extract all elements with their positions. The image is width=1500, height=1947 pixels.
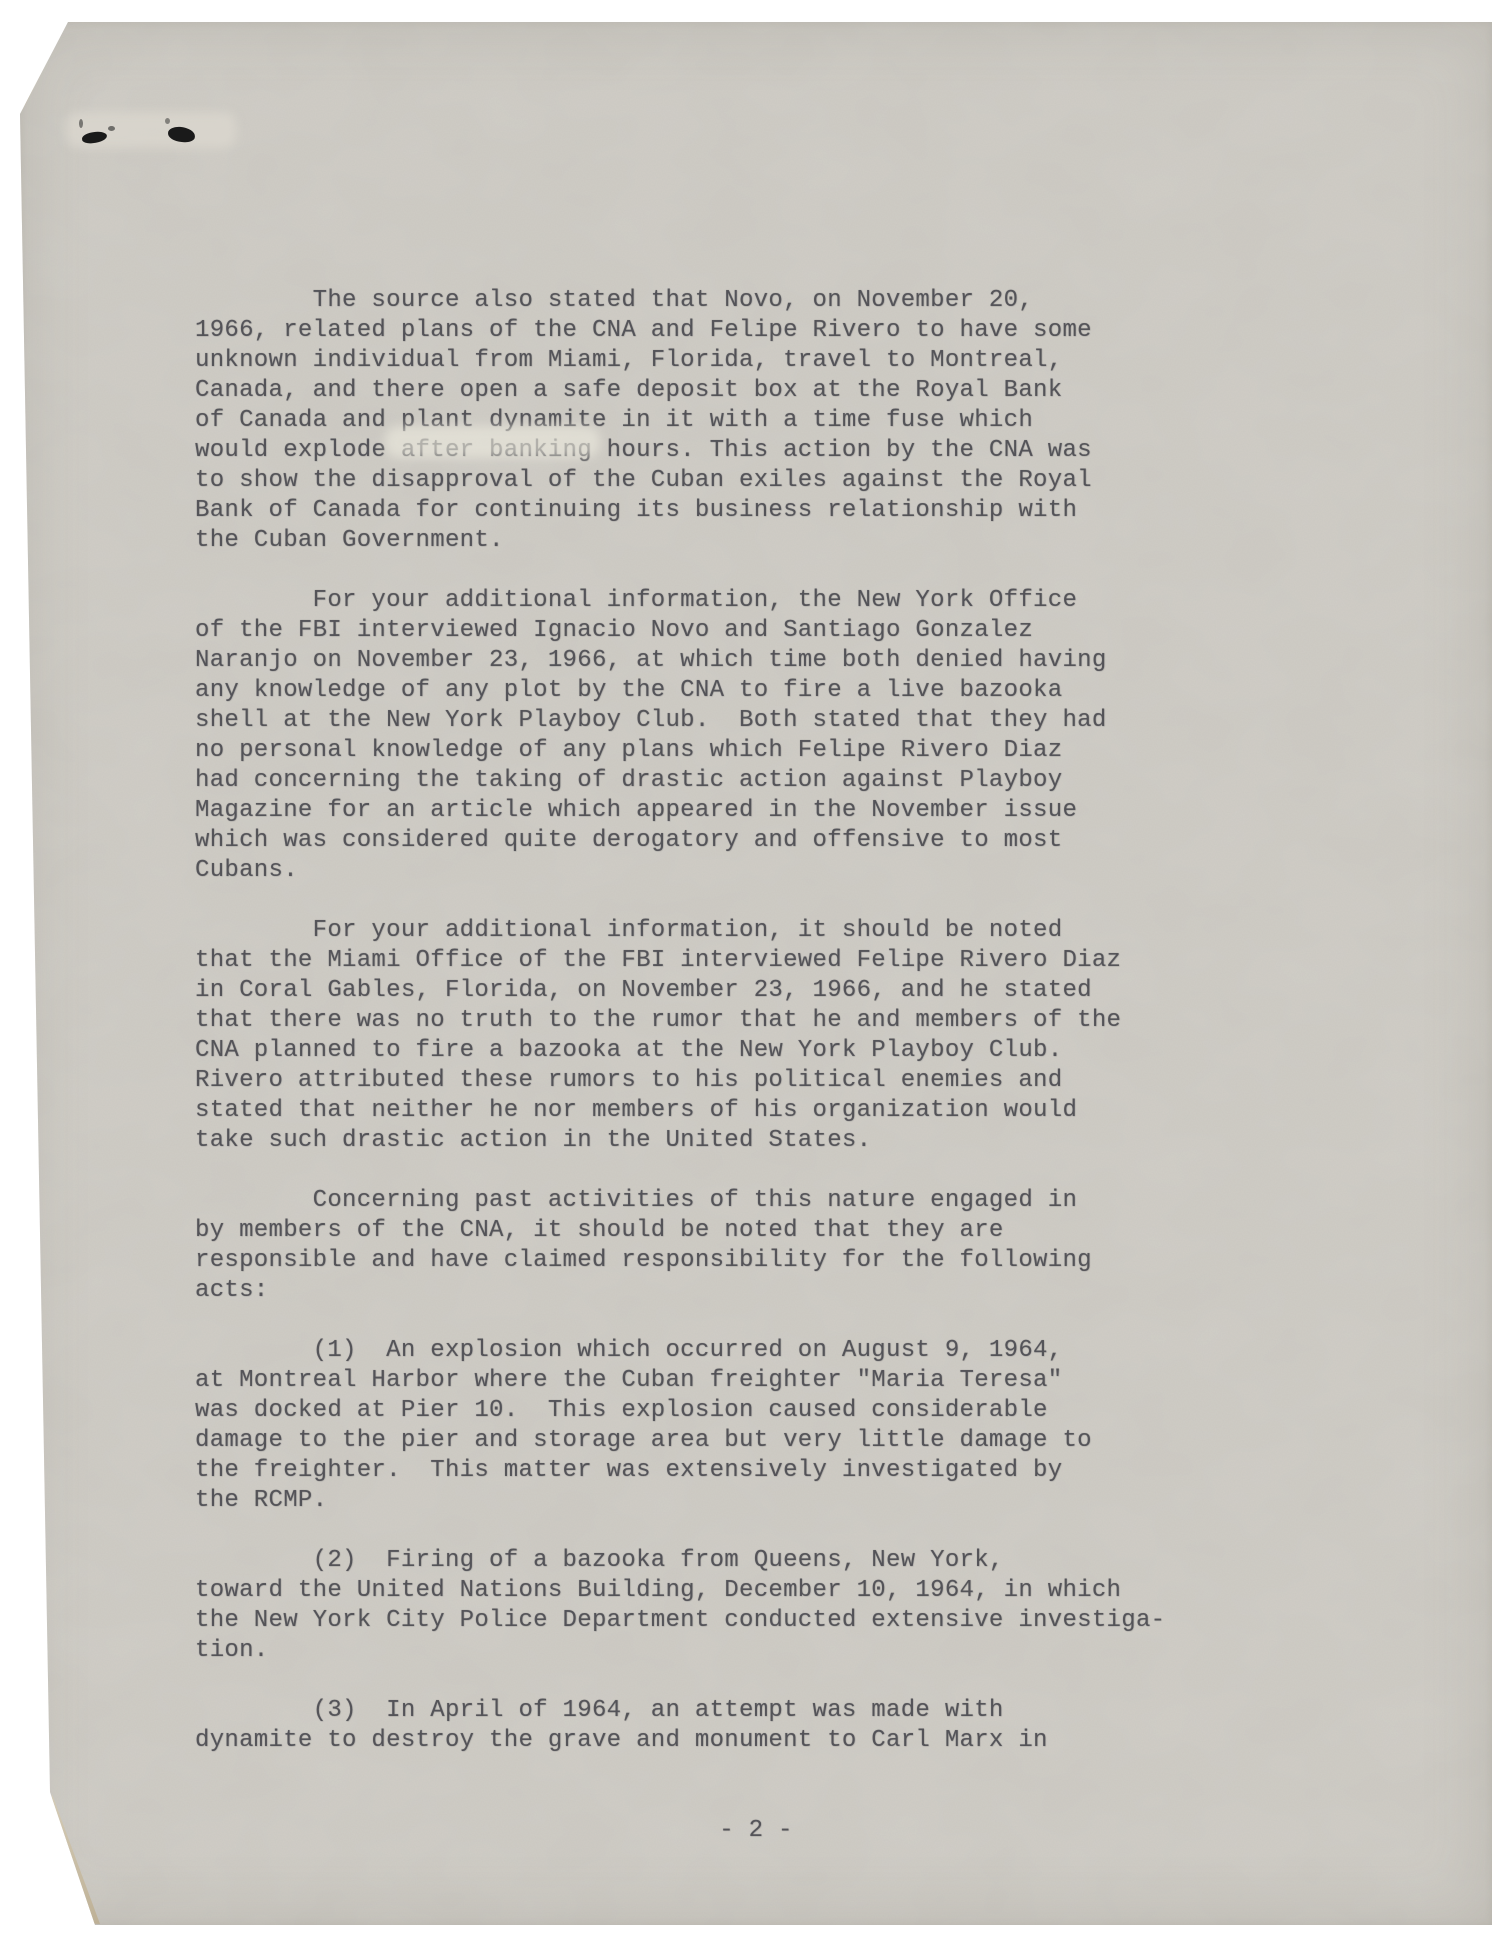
typed-text-block: The source also stated that Novo, on Nov… <box>195 286 1375 1786</box>
paragraph-source-statement: The source also stated that Novo, on Nov… <box>195 286 1375 556</box>
ink-mark <box>79 119 83 128</box>
list-item-3-carl-marx-grave: (3) In April of 1964, an attempt was mad… <box>195 1696 1375 1756</box>
paper-sheet: The source also stated that Novo, on Nov… <box>20 22 1492 1925</box>
folded-corner-bottom-left <box>50 1784 170 1944</box>
list-item-2-bazooka-un: (2) Firing of a bazooka from Queens, New… <box>195 1546 1375 1666</box>
page-number: - 2 - <box>20 1816 1492 1846</box>
ink-mark <box>108 126 115 131</box>
paragraph-ny-office-interview: For your additional information, the New… <box>195 586 1375 886</box>
scanned-document: The source also stated that Novo, on Nov… <box>0 0 1500 1947</box>
paragraph-miami-office-interview: For your additional information, it shou… <box>195 916 1375 1156</box>
list-item-1-montreal-explosion: (1) An explosion which occurred on Augus… <box>195 1336 1375 1516</box>
ink-mark <box>165 118 170 124</box>
paragraph-past-activities-intro: Concerning past activities of this natur… <box>195 1186 1375 1306</box>
